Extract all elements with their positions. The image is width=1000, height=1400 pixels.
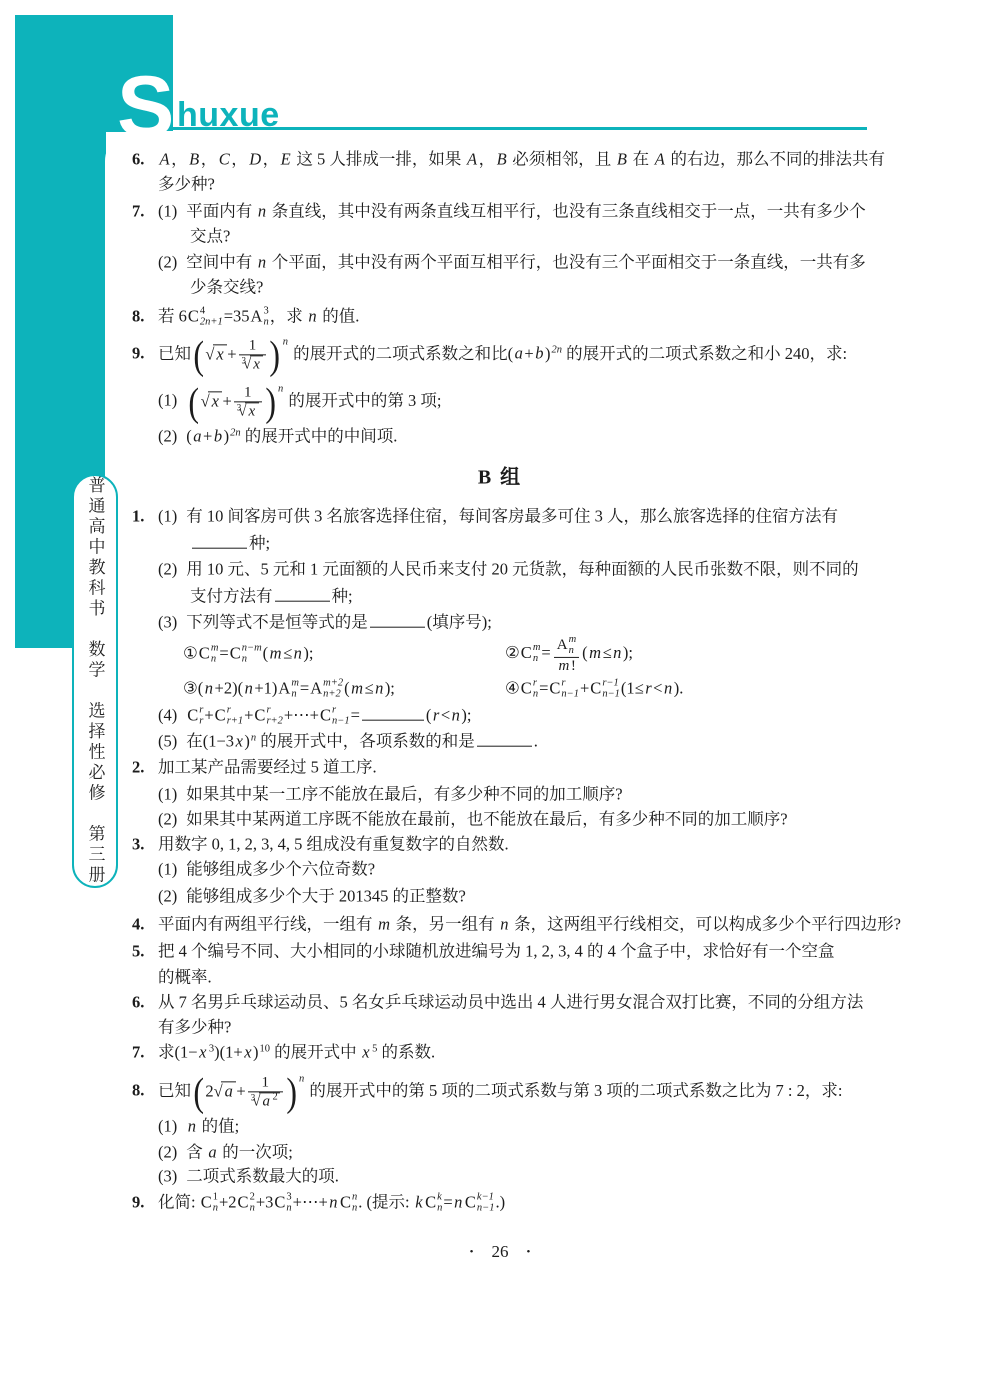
text-line: (2)能够组成多少个大于 201345 的正整数? [158, 887, 466, 908]
text-line: 种; [190, 534, 270, 555]
text-line: (2)如果其中某两道工序既不能放在最前，也不能放在最后，有多少种不同的加工顺序? [158, 810, 788, 831]
text-line: 4.平面内有两组平行线，一组有 m 条，另一组有 n 条，这两组平行线相交，可以… [132, 915, 901, 936]
text-line: ①Cmn=Cn−mn(m≤n); [183, 643, 313, 666]
text-line: ③(n+2)(n+1)Amn=Am+2n+2(m≤n); [183, 678, 395, 701]
text-line: (1)能够组成多少个六位奇数? [158, 860, 375, 881]
logo-wordmark: huxue [177, 98, 280, 132]
text-line: 支付方法有种; [190, 587, 353, 608]
text-line: 7.求(1−x3)(1+x)10 的展开式中 x5 的系数. [132, 1043, 435, 1064]
text-line: 9.化简: C1n+2C2n+3C3n+⋯+nCnn. (提示: kCkn=nC… [132, 1192, 505, 1215]
text-line: (1)n 的值; [158, 1117, 239, 1138]
textbook-page: S huxue 普通高中教科书 数学 选择性必修 第三册 6.A，B，C，D，E… [0, 0, 1000, 1400]
page-number-left-dot: • [470, 1246, 474, 1258]
text-line: 9.已知(√x+13√x)n 的展开式的二项式系数之和比(a+b)2n 的展开式… [132, 337, 847, 372]
logo-letter-s: S [117, 64, 174, 150]
text-line: (3)下列等式不是恒等式的是(填序号); [158, 613, 492, 634]
text-line: (1)(√x+13√x)n 的展开式中的第 3 项; [158, 384, 441, 419]
page-number-right-dot: • [527, 1246, 531, 1258]
text-line: (1)如果其中某一工序不能放在最后，有多少种不同的加工顺序? [158, 785, 623, 806]
text-line: (2)空间中有 n 个平面，其中没有两个平面互相平行，也没有三个平面相交于一条直… [158, 253, 866, 274]
text-line: 多少种? [158, 175, 215, 196]
page-number: • 26 • [470, 1242, 531, 1262]
text-line: 7.(1)平面内有 n 条直线，其中没有两条直线互相平行，也没有三条直线相交于一… [132, 202, 866, 223]
text-line: B 组 [478, 466, 522, 491]
text-line: 有多少种? [158, 1018, 231, 1039]
text-line: (3)二项式系数最大的项. [158, 1167, 339, 1188]
text-line: 交点? [190, 227, 230, 248]
text-line: 6.从 7 名男乒乓球运动员、5 名女乒乓球运动员中选出 4 人进行男女混合双打… [132, 993, 863, 1014]
text-line: 的概率. [158, 968, 212, 989]
text-line: 少条交线? [190, 278, 263, 299]
text-line: (2)含 a 的一次项; [158, 1143, 293, 1164]
text-line: 8.已知(2√a+13√a2)n 的展开式中的第 5 项的二项式系数与第 3 项… [132, 1074, 842, 1109]
text-line: (2)用 10 元、5 元和 1 元面额的人民币来支付 20 元货款，每种面额的… [158, 560, 859, 581]
text-line: ②Cmn=Amnm!(m≤n); [505, 634, 633, 674]
text-line: 3.用数字 0, 1, 2, 3, 4, 5 组成没有重复数字的自然数. [132, 835, 509, 856]
text-line: 6.A，B，C，D，E 这 5 人排成一排，如果 A，B 必须相邻，且 B 在 … [132, 150, 885, 171]
page-number-value: 26 [492, 1242, 509, 1262]
text-line: 5.把 4 个编号不同、大小相同的小球随机放进编号为 1, 2, 3, 4 的 … [132, 942, 835, 963]
problem-list: 6.A，B，C，D，E 这 5 人排成一排，如果 A，B 必须相邻，且 B 在 … [0, 0, 1000, 1400]
text-line: 8.若 6C42n+1=35A3n，求 n 的值. [132, 306, 359, 329]
text-line: 1.(1)有 10 间客房可供 3 名旅客选择住宿，每间客房最多可住 3 人，那… [132, 507, 838, 528]
text-line: (2)(a+b)2n 的展开式中的中间项. [158, 427, 397, 448]
text-line: (4)Crr+Crr+1+Crr+2+⋯+Crn−1=(r<n); [158, 705, 471, 728]
text-line: ④Crn=Crn−1+Cr−1n−1(1≤r<n). [505, 678, 683, 701]
text-line: (5)在(1−3x)n 的展开式中，各项系数的和是. [158, 732, 538, 753]
text-line: 2.加工某产品需要经过 5 道工序. [132, 758, 377, 779]
